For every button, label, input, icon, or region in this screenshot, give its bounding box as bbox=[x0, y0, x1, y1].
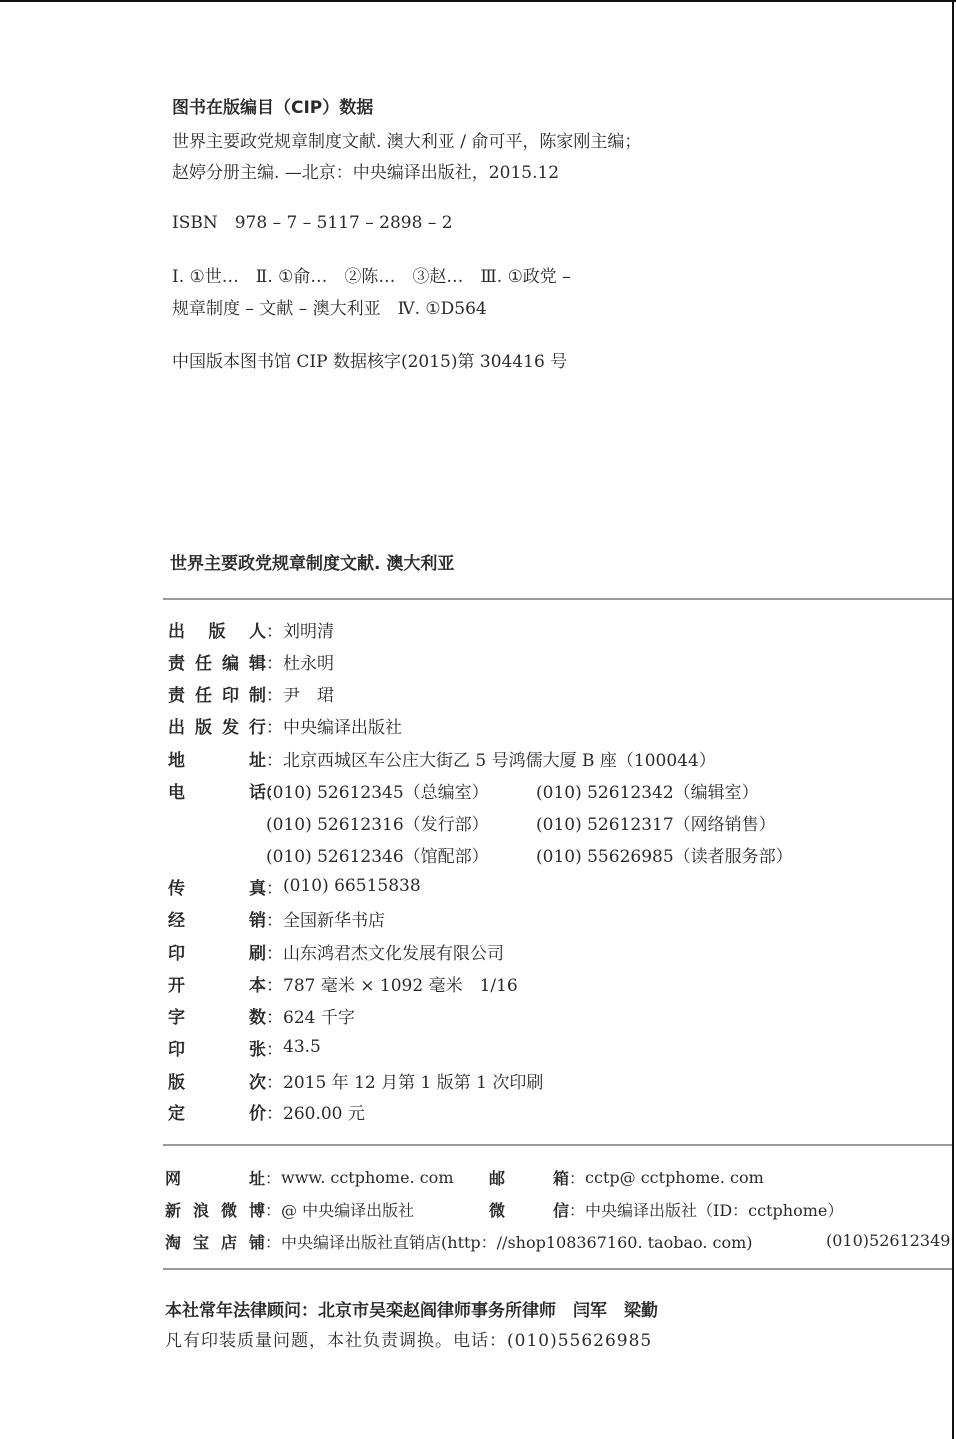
credit-label: 印刷 bbox=[168, 939, 266, 964]
credit-row-print-supervisor: 责任印制 ： 尹 珺 bbox=[168, 681, 334, 705]
credit-row-address: 地址 ： 北京西城区车公庄大街乙 5 号鸿儒大厦 B 座（100044） bbox=[168, 746, 716, 770]
credit-label: 版次 bbox=[168, 1068, 266, 1093]
credit-row-format: 开本： 787 毫米 × 1092 毫米 1/16 bbox=[168, 971, 518, 995]
contact-label: 网址 bbox=[165, 1166, 265, 1189]
phone-number: (010) 55626985（读者服务部） bbox=[536, 842, 806, 867]
phone-row: (010) 52612316（发行部） (010) 52612317（网络销售） bbox=[266, 806, 806, 838]
credit-row-sheets: 印张： 43.5 bbox=[168, 1035, 321, 1059]
credit-label: 出版发行 bbox=[168, 713, 266, 738]
credit-value: 杜永明 bbox=[283, 649, 334, 674]
phone-number: (010) 52612342（编辑室） bbox=[536, 778, 806, 803]
credit-row-publisher: 出版人 ： 刘明清 bbox=[168, 617, 334, 641]
divider bbox=[163, 598, 952, 600]
credit-value: 2015 年 12 月第 1 版第 1 次印刷 bbox=[283, 1068, 543, 1093]
credit-row-printer: 印刷： 山东鸿君杰文化发展有限公司 bbox=[168, 939, 504, 963]
divider bbox=[163, 1144, 952, 1146]
website-link[interactable]: www. cctphome. com bbox=[281, 1168, 489, 1187]
taobao-phone: (010)52612349 bbox=[826, 1229, 950, 1253]
credit-label: 出版人 bbox=[168, 617, 266, 642]
phone-row: (010) 52612345（总编室） (010) 52612342（编辑室） bbox=[266, 774, 806, 806]
contact-row-taobao: 淘宝店铺： 中央编译出版社直销店(http：//shop108367160. t… bbox=[165, 1229, 841, 1253]
divider bbox=[163, 1268, 952, 1270]
page-border-top bbox=[0, 0, 956, 2]
taobao-store-link[interactable]: 中央编译出版社直销店(http：//shop108367160. taobao.… bbox=[281, 1230, 841, 1253]
credit-label: 经销 bbox=[168, 906, 266, 931]
credit-row-editor: 责任编辑 ： 杜永明 bbox=[168, 649, 334, 673]
credit-value: 刘明清 bbox=[283, 617, 334, 642]
credit-value: 43.5 bbox=[283, 1037, 321, 1057]
credit-value: 北京西城区车公庄大街乙 5 号鸿儒大厦 B 座（100044） bbox=[283, 746, 716, 771]
book-title: 世界主要政党规章制度文献. 澳大利亚 bbox=[170, 553, 454, 575]
credit-value: 山东鸿君杰文化发展有限公司 bbox=[283, 939, 504, 964]
wechat-id: 中央编译出版社（ID：cctphome） bbox=[585, 1198, 843, 1221]
credit-label: 责任印制 bbox=[168, 681, 266, 706]
credit-label: 传真 bbox=[168, 874, 266, 899]
credit-row-price: 定价： 260.00 元 bbox=[168, 1099, 365, 1123]
credit-label: 开本 bbox=[168, 971, 266, 996]
contact-row-weibo-wechat: 新浪微博： @ 中央编译出版社 微信： 中央编译出版社（ID：cctphome） bbox=[165, 1197, 843, 1221]
contact-label: 新浪微博 bbox=[165, 1198, 265, 1221]
legal-counsel: 本社常年法律顾问：北京市吴栾赵阎律师事务所律师 闫军 梁勤 bbox=[165, 1296, 658, 1321]
email-link[interactable]: cctp@ cctphome. com bbox=[585, 1168, 764, 1187]
credit-value: (010) 66515838 bbox=[283, 876, 421, 896]
contact-label: 微信 bbox=[489, 1198, 569, 1221]
credit-value: 260.00 元 bbox=[283, 1099, 365, 1124]
credit-label: 地址 bbox=[168, 746, 266, 771]
credit-row-word-count: 字数： 624 千字 bbox=[168, 1003, 355, 1027]
phone-grid: (010) 52612345（总编室） (010) 52612342（编辑室） … bbox=[266, 774, 806, 870]
contact-label: 邮箱 bbox=[489, 1166, 569, 1189]
weibo-handle: @ 中央编译出版社 bbox=[281, 1198, 489, 1221]
credit-value: 尹 珺 bbox=[283, 681, 334, 706]
phone-number: (010) 52612317（网络销售） bbox=[536, 810, 806, 835]
phone-row: (010) 52612346（馆配部） (010) 55626985（读者服务部… bbox=[266, 838, 806, 870]
credit-value: 787 毫米 × 1092 毫米 1/16 bbox=[283, 971, 518, 996]
credit-row-edition: 版次： 2015 年 12 月第 1 版第 1 次印刷 bbox=[168, 1068, 543, 1092]
cip-classification-line-2: 规章制度 – 文献 – 澳大利亚 Ⅳ. ①D564 bbox=[172, 298, 487, 320]
credit-value: 624 千字 bbox=[283, 1003, 355, 1028]
cip-library-record: 中国版本图书馆 CIP 数据核字(2015)第 304416 号 bbox=[172, 351, 567, 373]
phone-number: (010) 52612316（发行部） bbox=[266, 810, 536, 835]
credit-row-fax: 传真： (010) 66515838 bbox=[168, 874, 421, 898]
credit-label: 印张 bbox=[168, 1035, 266, 1060]
credit-label: 责任编辑 bbox=[168, 649, 266, 674]
credit-row-distributor: 经销： 全国新华书店 bbox=[168, 906, 385, 930]
cip-editor-line: 赵婷分册主编. —北京：中央编译出版社，2015.12 bbox=[172, 162, 559, 184]
credit-row-distribution: 出版发行 ： 中央编译出版社 bbox=[168, 713, 402, 737]
page-border-right bbox=[952, 0, 954, 1439]
quality-notice: 凡有印装质量问题，本社负责调换。电话：(010)55626985 bbox=[165, 1326, 652, 1351]
cip-isbn: ISBN 978 – 7 – 5117 – 2898 – 2 bbox=[172, 212, 453, 234]
contact-row-web-email: 网址： www. cctphome. com 邮箱： cctp@ cctphom… bbox=[165, 1165, 764, 1189]
cip-classification-line-1: Ⅰ. ①世… Ⅱ. ①俞… ②陈… ③赵… Ⅲ. ①政党 – bbox=[172, 266, 571, 288]
phone-number: (010) 52612345（总编室） bbox=[266, 778, 536, 803]
contact-label: 淘宝店铺 bbox=[165, 1230, 265, 1253]
cip-heading: 图书在版编目（CIP）数据 bbox=[172, 97, 373, 119]
phone-number: (010) 52612346（馆配部） bbox=[266, 842, 536, 867]
credit-value: 中央编译出版社 bbox=[283, 713, 402, 738]
credit-label: 电话 bbox=[168, 778, 266, 803]
credit-label: 字数 bbox=[168, 1003, 266, 1028]
credit-value: 全国新华书店 bbox=[283, 906, 385, 931]
cip-title-line: 世界主要政党规章制度文献. 澳大利亚 / 俞可平，陈家刚主编； bbox=[172, 131, 641, 153]
credit-label: 定价 bbox=[168, 1099, 266, 1124]
